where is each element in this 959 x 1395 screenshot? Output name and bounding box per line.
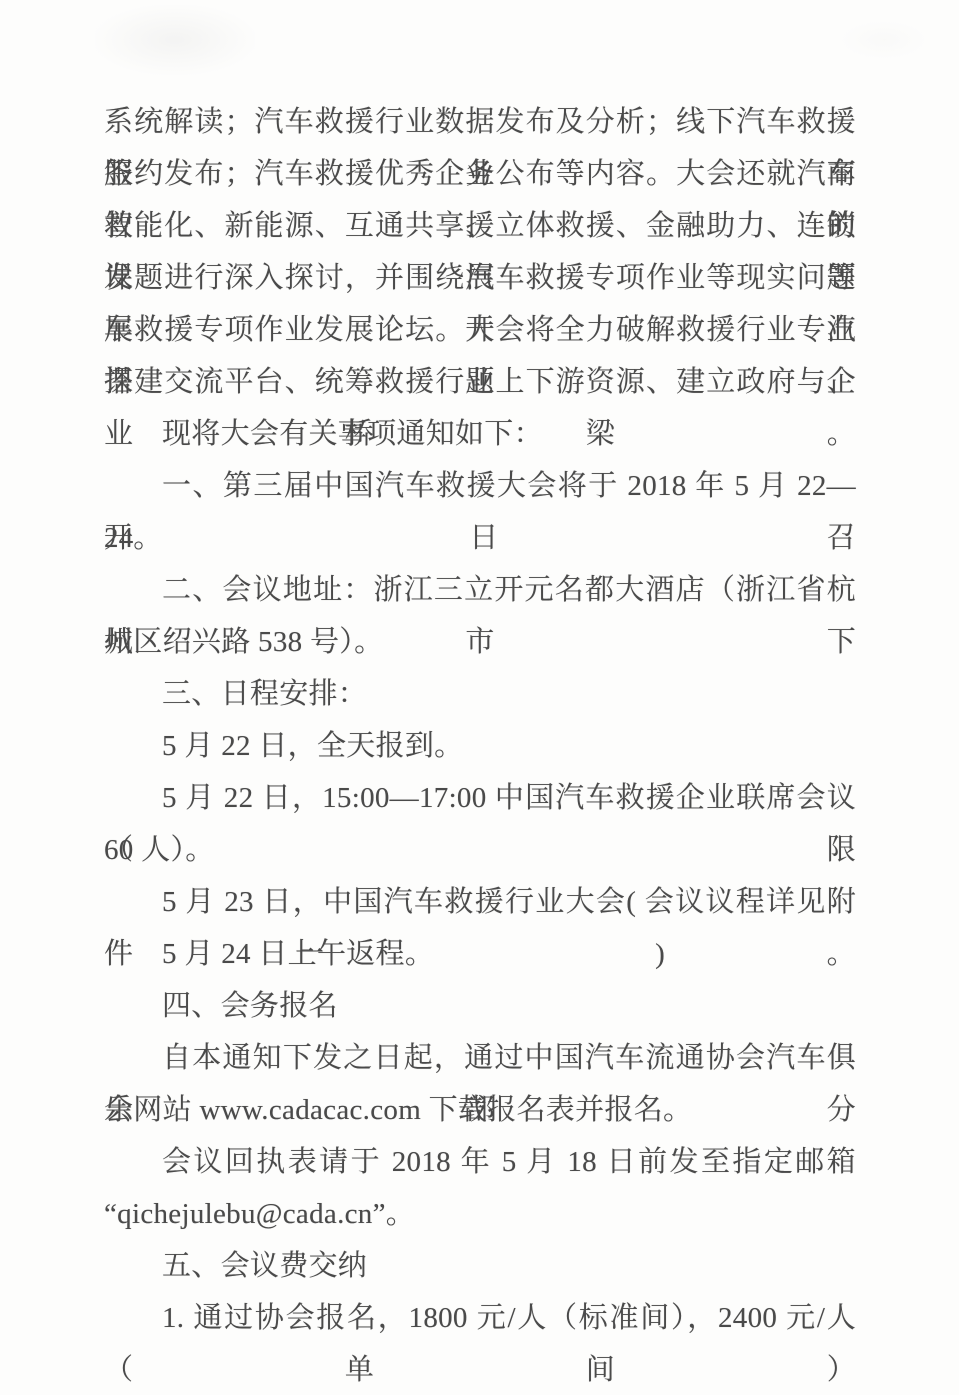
text-line: 一、第三届中国汽车救援大会将于 2018 年 5 月 22—24 日召	[104, 460, 856, 512]
text-line: 三、日程安排：	[104, 668, 856, 720]
text-line: 签约发布；汽车救援优秀企业公布等内容。大会还就汽车救援的	[104, 148, 856, 200]
text-line: 五、会议费交纳	[104, 1240, 856, 1292]
text-line: 系统解读；汽车救援行业数据发布及分析；线下汽车救援服务商	[104, 96, 856, 148]
text-line: 1. 通过协会报名，1800 元/人（标准间），2400 元/人（单间）	[104, 1292, 856, 1344]
document-page: 系统解读；汽车救援行业数据发布及分析；线下汽车救援服务商 签约发布；汽车救援优秀…	[0, 0, 959, 1395]
text-line: 课题进行深入探讨，并围绕汽车救援专项作业等现实问题展开汽	[104, 252, 856, 304]
notice-text-body: 系统解读；汽车救援行业数据发布及分析；线下汽车救援服务商 签约发布；汽车救援优秀…	[104, 96, 856, 1344]
scan-artifact	[95, 5, 255, 75]
text-line: 5 月 22 日，15:00—17:00 中国汽车救援企业联席会议（限	[104, 772, 856, 824]
scan-artifact	[839, 20, 929, 60]
text-line: 5 月 23 日，中国汽车救援行业大会( 会议议程详见附件一 )。	[104, 876, 856, 928]
text-line: “qichejulebu@cada.cn”。	[104, 1188, 856, 1240]
text-line: 搭建交流平台、统筹救援行业上下游资源、建立政府与企业桥梁。	[104, 356, 856, 408]
text-line: 四、会务报名	[104, 980, 856, 1032]
text-line: 自本通知下发之日起，通过中国汽车流通协会汽车俱乐部分	[104, 1032, 856, 1084]
text-line: 智能化、新能源、互通共享、立体救援、金融助力、连锁发展等	[104, 200, 856, 252]
text-line: 二、会议地址：浙江三立开元名都大酒店（浙江省杭州市下	[104, 564, 856, 616]
text-line: 会议回执表请于 2018 年 5 月 18 日前发至指定邮箱	[104, 1136, 856, 1188]
text-line: 车救援专项作业发展论坛。大会将全力破解救援行业专业课题、	[104, 304, 856, 356]
text-line: 5 月 22 日，全天报到。	[104, 720, 856, 772]
